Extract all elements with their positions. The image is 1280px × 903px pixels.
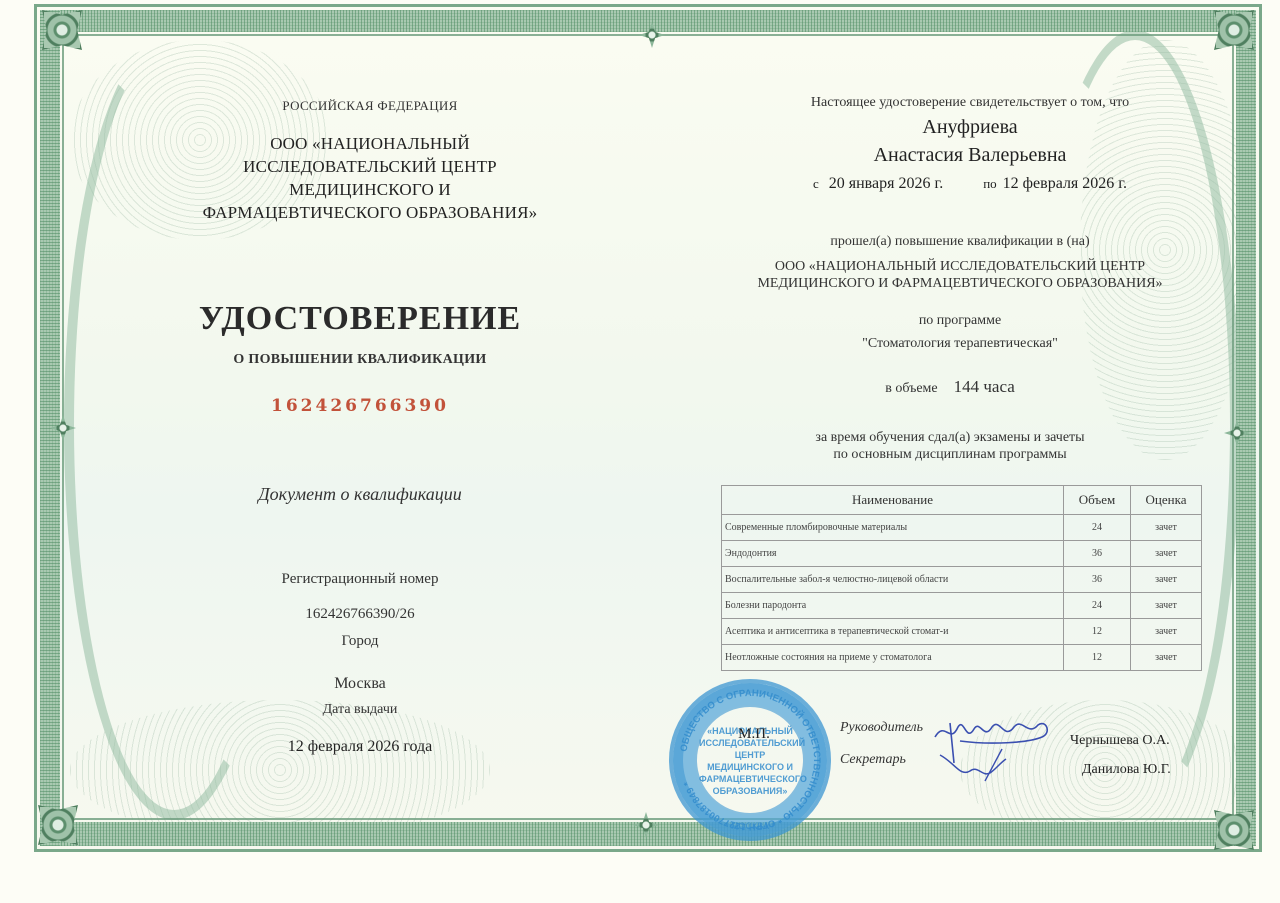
corner-ornament-icon (1214, 810, 1254, 850)
org-line: МЕДИЦИНСКОГО И ФАРМАЦЕВТИЧЕСКОГО ОБРАЗОВ… (720, 275, 1200, 292)
table-row: Неотложные состояния на приеме у стомато… (722, 645, 1202, 671)
org-line: ООО «НАЦИОНАЛЬНЫЙ (150, 132, 590, 155)
table-row: Современные пломбировочные материалы24за… (722, 515, 1202, 541)
subject-grade: зачет (1131, 619, 1202, 645)
training-organization: ООО «НАЦИОНАЛЬНЫЙ ИССЛЕДОВАТЕЛЬСКИЙ ЦЕНТ… (720, 258, 1200, 292)
period-from-label: с (813, 176, 819, 191)
subject-grade: зачет (1131, 593, 1202, 619)
seal-line: МЕДИЦИНСКОГО И (699, 761, 801, 773)
seal-line: ФАРМАЦЕВТИЧЕСКОГО (699, 773, 801, 785)
volume-value: 144 часа (954, 377, 1015, 396)
subject-volume: 36 (1064, 567, 1131, 593)
table-row: Эндодонтия36зачет (722, 541, 1202, 567)
header-volume: Объем (1064, 486, 1131, 515)
org-line: ИССЛЕДОВАТЕЛЬСКИЙ ЦЕНТР (150, 155, 590, 178)
secretary-name: Данилова Ю.Г. (1082, 762, 1171, 778)
svg-text:* МОСКВА *: * МОСКВА * (725, 821, 775, 831)
document-number: 162426766390 (150, 396, 570, 416)
corner-ornament-icon (42, 10, 82, 50)
head-label: Руководитель (840, 720, 923, 736)
city-value: Москва (150, 675, 570, 693)
document-kind: Документ о квалификации (150, 484, 570, 505)
subject-grade: зачет (1131, 541, 1202, 567)
subject-name: Эндодонтия (722, 541, 1064, 567)
period-to: 12 февраля 2026 г. (1003, 175, 1127, 192)
subject-volume: 24 (1064, 593, 1131, 619)
period-to-label: по (983, 176, 996, 191)
exams-text: за время обучения сдал(а) экзамены и зач… (750, 429, 1150, 463)
signature-icon (930, 715, 1060, 785)
org-line: ООО «НАЦИОНАЛЬНЫЙ ИССЛЕДОВАТЕЛЬСКИЙ ЦЕНТ… (720, 258, 1200, 275)
program-name: "Стоматология терапевтическая" (730, 336, 1190, 352)
exams-line: по основным дисциплинам программы (750, 446, 1150, 463)
head-name: Чернышева О.А. (1070, 733, 1170, 749)
issue-date: 12 февраля 2026 года (150, 738, 570, 756)
seal-placeholder-label: М.П. (724, 726, 784, 743)
table-row: Болезни пародонта24зачет (722, 593, 1202, 619)
document-title: УДОСТОВЕРЕНИЕ (150, 300, 570, 338)
country-heading: РОССИЙСКАЯ ФЕДЕРАЦИЯ (180, 98, 560, 114)
certification-intro: Настоящее удостоверение свидетельствует … (740, 95, 1200, 111)
subject-volume: 24 (1064, 515, 1131, 541)
registration-number: 162426766390/26 (150, 606, 570, 623)
period-from: 20 января 2026 г. (829, 175, 943, 192)
subject-name: Современные пломбировочные материалы (722, 515, 1064, 541)
program-label: по программе (730, 313, 1190, 329)
subject-name: Асептика и антисептика в терапевтической… (722, 619, 1064, 645)
subject-grade: зачет (1131, 645, 1202, 671)
header-name: Наименование (722, 486, 1064, 515)
header-grade: Оценка (1131, 486, 1202, 515)
issuer-organization: ООО «НАЦИОНАЛЬНЫЙ ИССЛЕДОВАТЕЛЬСКИЙ ЦЕНТ… (150, 132, 590, 224)
subject-name: Болезни пародонта (722, 593, 1064, 619)
subject-volume: 12 (1064, 619, 1131, 645)
registration-label: Регистрационный номер (150, 571, 570, 588)
passed-text: прошел(а) повышение квалификации в (на) (730, 234, 1190, 250)
seal-line: ОБРАЗОВАНИЯ» (699, 785, 801, 797)
subject-volume: 12 (1064, 645, 1131, 671)
issue-date-label: Дата выдачи (150, 702, 570, 718)
city-label: Город (150, 633, 570, 650)
subject-name: Неотложные состояния на приеме у стомато… (722, 645, 1064, 671)
table-row: Воспалительные забол-я челюстно-лицевой … (722, 567, 1202, 593)
subjects-table: Наименование Объем Оценка Современные пл… (721, 485, 1202, 671)
corner-ornament-icon (38, 805, 78, 845)
subject-grade: зачет (1131, 567, 1202, 593)
organization-seal: ОБЩЕСТВО С ОГРАНИЧЕННОЙ ОТВЕТСТВЕННОСТЬЮ… (669, 679, 831, 841)
training-period: с20 января 2026 г.по12 февраля 2026 г. (740, 175, 1200, 193)
seal-line: ЦЕНТР (699, 749, 801, 761)
secretary-label: Секретарь (840, 752, 906, 768)
program-volume: в объеме144 часа (750, 377, 1150, 397)
corner-ornament-icon (1214, 10, 1254, 50)
subject-name: Воспалительные забол-я челюстно-лицевой … (722, 567, 1064, 593)
table-header-row: Наименование Объем Оценка (722, 486, 1202, 515)
document-subtitle: О ПОВЫШЕНИИ КВАЛИФИКАЦИИ (150, 352, 570, 368)
subject-grade: зачет (1131, 515, 1202, 541)
table-row: Асептика и антисептика в терапевтической… (722, 619, 1202, 645)
holder-given-names: Анастасия Валерьевна (740, 144, 1200, 167)
volume-label: в объеме (885, 381, 937, 396)
holder-surname: Ануфриева (740, 116, 1200, 139)
exams-line: за время обучения сдал(а) экзамены и зач… (750, 429, 1150, 446)
org-line: ФАРМАЦЕВТИЧЕСКОГО ОБРАЗОВАНИЯ» (150, 201, 590, 224)
org-line: МЕДИЦИНСКОГО И (150, 178, 590, 201)
subject-volume: 36 (1064, 541, 1131, 567)
